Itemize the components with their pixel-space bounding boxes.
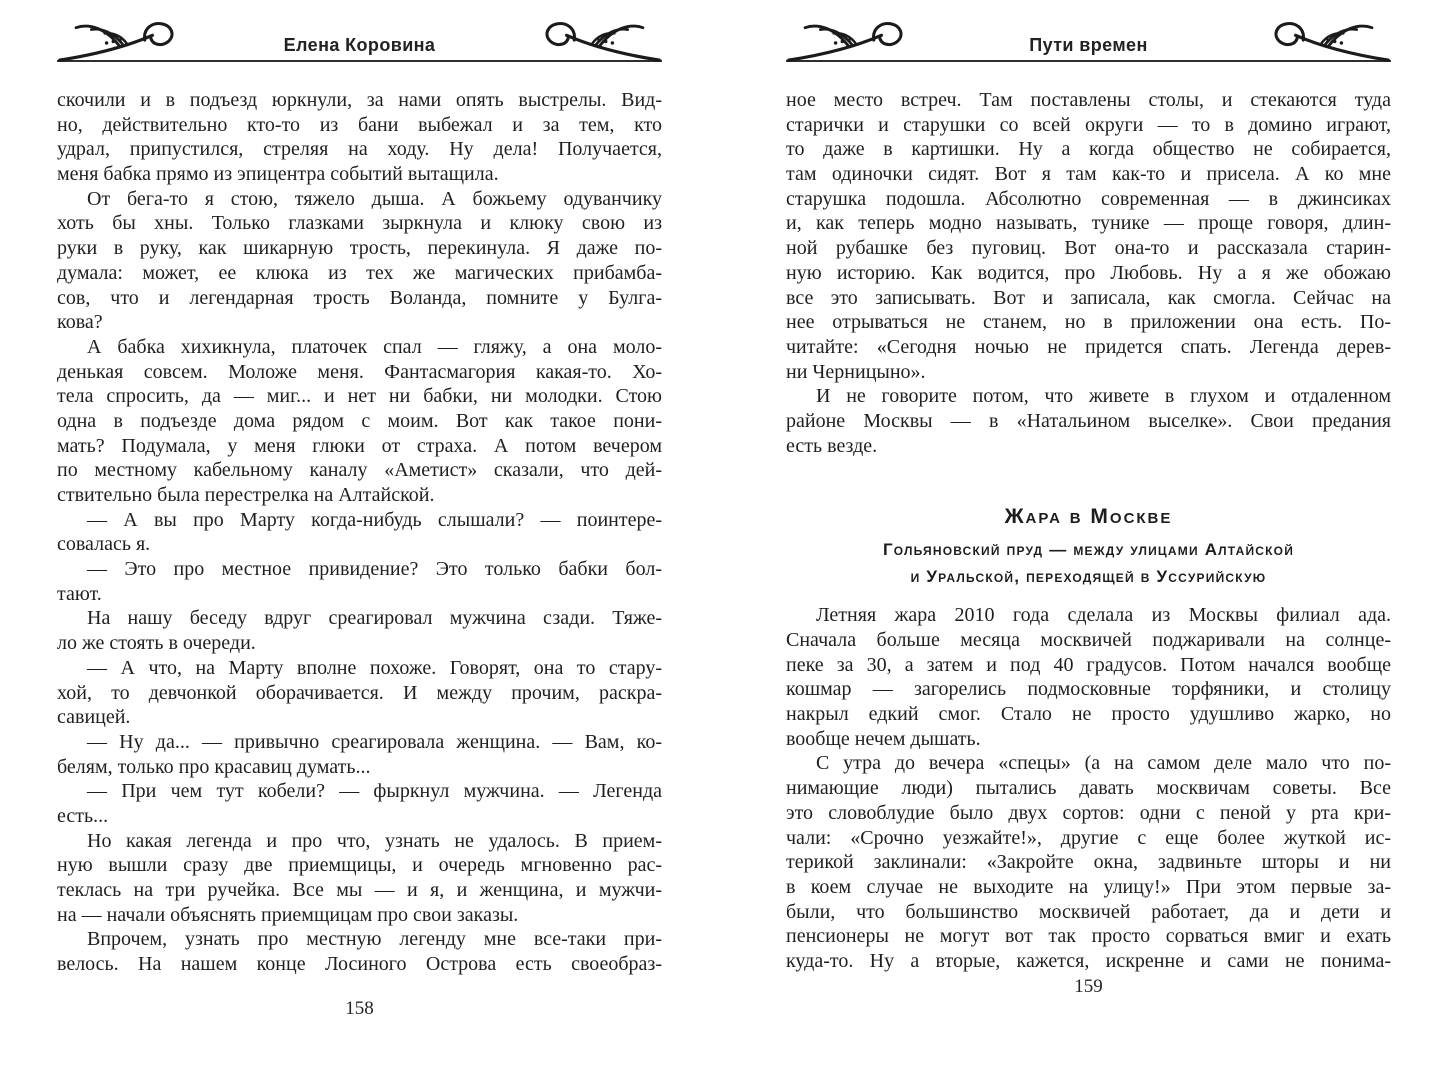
book-spread: Елена Коровина скочили и в подъезд юркну… [0,0,1447,1080]
text-line: думала: может, ее клюка из тех же магиче… [57,261,662,286]
text-line: ни Черницыно». [786,360,1391,385]
text-line: Но какая легенда и про что, узнать не уд… [57,829,662,854]
text-line: И не говорите потом, что живете в глухом… [786,384,1391,409]
text-line: ствительно была перестрелка на Алтайской… [57,483,662,508]
text-line: скочили и в подъезд юркнули, за нами опя… [57,88,662,113]
text-line: есть везде. [786,434,1391,459]
text-line: мать? Подумала, у меня глюки от страха. … [57,434,662,459]
text-line: А бабка хихикнула, платочек спал — гляжу… [57,335,662,360]
left-page-header: Елена Коровина [57,24,662,62]
right-page-body-top: ное место встреч. Там поставлены столы, … [786,88,1391,458]
text-line: белям, только про красавиц думать... [57,755,662,780]
subheading-line: Гольяновский пруд — между улицами Алтайс… [786,536,1391,563]
text-line: хоть бы хны. Только глазками зыркнула и … [57,211,662,236]
text-line: Сначала больше месяца москвичей поджарив… [786,628,1391,653]
left-page: Елена Коровина скочили и в подъезд юркну… [57,0,662,977]
text-line: теклась на три ручейка. Все мы — и я, и … [57,878,662,903]
text-line: вообще нечем дышать. [786,727,1391,752]
text-line: ную историю. Как водится, про Любовь. Ну… [786,261,1391,286]
text-line: От бега-то я стою, тяжело дыша. А божьем… [57,187,662,212]
text-line: ной рубашке без пуговиц. Вот она-то и ра… [786,236,1391,261]
text-line: руки в руку, как шикарную трость, переки… [57,236,662,261]
text-line: нее отрываться не станем, но в приложени… [786,310,1391,335]
text-line: это словоблудие было двух сортов: одни с… [786,801,1391,826]
text-line: все это записывать. Вот и записала, как … [786,286,1391,311]
text-line: но, действительно кто-то из бани выбежал… [57,113,662,138]
text-line: чали: «Срочно уезжайте!», другие с еще б… [786,826,1391,851]
text-line: С утра до вечера «спецы» (а на самом дел… [786,751,1391,776]
text-line: терикой заклинали: «Закройте окна, задви… [786,850,1391,875]
text-line: На нашу беседу вдруг среагировал мужчина… [57,606,662,631]
text-line: тают. [57,582,662,607]
text-line: по местному кабельному каналу «Аметист» … [57,458,662,483]
text-line: хой, то девчонкой оборачивается. И между… [57,681,662,706]
text-line: тела спросить, да — миг... и нет ни бабк… [57,384,662,409]
text-line: районе Москвы — в «Натальином выселке». … [786,409,1391,434]
text-line: — А что, на Марту вполне похоже. Говорят… [57,656,662,681]
text-line: читайте: «Сегодня ночью не придется спат… [786,335,1391,360]
text-line: пенсионеры не могут вот так просто сорва… [786,924,1391,949]
text-line: пеке за 30, а затем и под 40 градусов. П… [786,653,1391,678]
flourish-ornament-icon [536,21,664,63]
text-line: на — начали объяснять приемщицам про сво… [57,903,662,928]
text-line: нимающие люди) пытались давать москвичам… [786,776,1391,801]
text-line: кошмар — загорелись подмосковные торфяни… [786,677,1391,702]
subheading-line: и Уральской, переходящей в Уссурийскую [786,563,1391,590]
text-line: кова? [57,310,662,335]
text-line: там одиночки сидят. Вот я там как-то и п… [786,162,1391,187]
text-line: то даже в картишки. Ну а когда общество … [786,137,1391,162]
section-heading: Жара в Москве [786,504,1391,530]
text-line: накрыл едкий смог. Стало не просто удушл… [786,702,1391,727]
text-line: велось. На нашем конце Лосиного Острова … [57,952,662,977]
text-line: Впрочем, узнать про местную легенду мне … [57,927,662,952]
text-line: меня бабка прямо из эпицентра событий вы… [57,162,662,187]
text-line: — При чем тут кобели? — фыркнул мужчина.… [57,779,662,804]
text-line: куда-то. Ну а вторые, кажется, искренне … [786,949,1391,974]
page-number: 159 [786,976,1391,998]
text-line: — Ну да... — привычно среагировала женщи… [57,730,662,755]
text-line: старушка подошла. Абсолютно современная … [786,187,1391,212]
text-line: — А вы про Марту когда-нибудь слышали? —… [57,508,662,533]
text-line: ное место встреч. Там поставлены столы, … [786,88,1391,113]
right-page-header: Пути времен [786,24,1391,62]
text-line: в коем случае не выходите на улицу!» При… [786,875,1391,900]
text-line: и, как теперь модно называть, тунике — п… [786,211,1391,236]
left-page-body: скочили и в подъезд юркнули, за нами опя… [57,88,662,977]
text-line: Летняя жара 2010 года сделала из Москвы … [786,603,1391,628]
text-line: совалась я. [57,532,662,557]
text-line: удрал, припустился, стреляя на ходу. Ну … [57,137,662,162]
text-line: были, что большинство москвичей работает… [786,900,1391,925]
text-line: ло же стоять в очереди. [57,631,662,656]
text-line: ную вышли сразу две приемщицы, и очередь… [57,853,662,878]
flourish-ornament-icon [1265,21,1393,63]
text-line: одна в подъезде дома рядом с моим. Вот к… [57,409,662,434]
text-line: сов, что и легендарная трость Воланда, п… [57,286,662,311]
page-number: 158 [57,998,662,1020]
section-subheading: Гольяновский пруд — между улицами Алтайс… [786,536,1391,590]
text-line: старички и старушки со всей округи — то … [786,113,1391,138]
text-line: есть... [57,804,662,829]
right-page: Пути времен ное место встреч. Там постав… [786,0,1391,974]
text-line: — Это про местное привидение? Это только… [57,557,662,582]
text-line: савицей. [57,705,662,730]
right-page-body-bottom: Летняя жара 2010 года сделала из Москвы … [786,603,1391,973]
text-line: денькая совсем. Моложе меня. Фантасмагор… [57,360,662,385]
